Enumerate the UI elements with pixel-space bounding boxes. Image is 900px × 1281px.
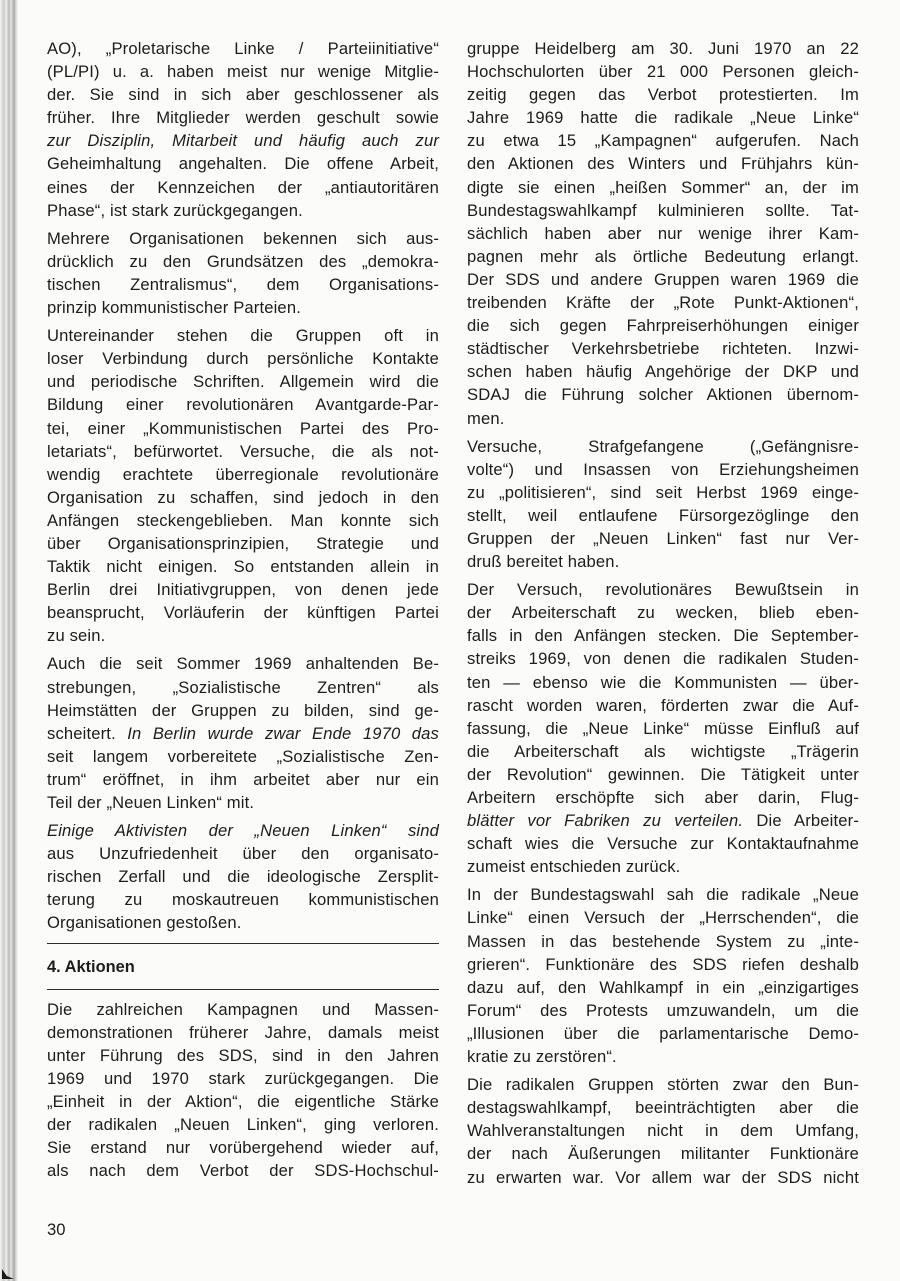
- text-line: Sie erstand nur vorübergehend wieder auf…: [47, 1136, 439, 1159]
- text-line: beansprucht, Vorläuferin der künftigen P…: [47, 601, 439, 624]
- text-line: Gruppen der „Neuen Linken“ fast nur Ver-: [467, 527, 859, 550]
- text-line: rascht worden waren, förderten zwar die …: [467, 694, 859, 717]
- text-line: Massen in das bestehende System zu „inte…: [467, 930, 859, 953]
- text-line: schen haben häufig Angehörige der DKP un…: [467, 360, 859, 383]
- text-line: AO), „Proletarische Linke / Parteiinitia…: [47, 37, 439, 60]
- text-line: zur Disziplin, Mitarbeit und häufig auch…: [47, 129, 439, 152]
- text-line: blätter vor Fabriken zu verteilen. Die A…: [467, 809, 859, 832]
- text-line: eines der Kennzeichen der „antiautoritär…: [47, 176, 439, 199]
- text-line: „Illusionen über die parlamentarische De…: [467, 1022, 859, 1045]
- paragraph-democratic-centralism: Mehrere Organisationen bekennen sich aus…: [47, 227, 439, 319]
- paragraph-prisoners: Versuche, Strafgefangene („Gefängnisre-v…: [467, 435, 859, 574]
- text-line: trum“ eröffnet, in ihm arbeitet aber nur…: [47, 768, 439, 791]
- text-line: Organisation zu schaffen, sind jedoch in…: [47, 486, 439, 509]
- text-line: Die radikalen Gruppen störten zwar den B…: [467, 1073, 859, 1096]
- text-line: druß bereitet haben.: [467, 550, 859, 573]
- text-line: scheitert. In Berlin wurde zwar Ende 197…: [47, 722, 439, 745]
- text-line: Auch die seit Sommer 1969 anhaltenden Be…: [47, 652, 439, 675]
- text-line: Arbeitern erschöpfte sich aber darin, Fl…: [467, 786, 859, 809]
- text-line: Geheimhaltung angehalten. Die offene Arb…: [47, 152, 439, 175]
- text-line: Hochschulorten über 21 000 Personen glei…: [467, 60, 859, 83]
- text-line: Jahre 1969 hatte die radikale „Neue Link…: [467, 106, 859, 129]
- text-line: als nach dem Verbot der SDS-Hochschul-: [47, 1159, 439, 1182]
- text-line: wendig erachtete überregionale revolutio…: [47, 463, 439, 486]
- text-line: loser Verbindung durch persönliche Konta…: [47, 347, 439, 370]
- left-column: AO), „Proletarische Linke / Parteiinitia…: [47, 37, 439, 1187]
- text-line: volte“) und Insassen von Erziehungsheime…: [467, 458, 859, 481]
- paragraph-heidelberg-protest: gruppe Heidelberg am 30. Juni 1970 an 22…: [467, 37, 859, 430]
- text-line: „Einheit in der Aktion“, die eigentliche…: [47, 1090, 439, 1113]
- binding-corner-mark: [2, 1269, 14, 1279]
- text-line: tischen Zentralismus“, dem Organisations…: [47, 273, 439, 296]
- paragraph-activists: Einige Aktivisten der „Neuen Linken“ sin…: [47, 819, 439, 934]
- text-line: der radikalen „Neuen Linken“, ging verlo…: [47, 1113, 439, 1136]
- text-line: und periodische Schriften. Allgemein wir…: [47, 370, 439, 393]
- text-line: streiks 1969, von denen die radikalen St…: [467, 647, 859, 670]
- section-heading: 4. Aktionen: [47, 944, 439, 989]
- text-line: terung zu moskautreuen kommunistischen: [47, 888, 439, 911]
- right-column: gruppe Heidelberg am 30. Juni 1970 an 22…: [467, 37, 859, 1194]
- text-line: Wahlveranstaltungen nicht in dem Umfang,: [467, 1119, 859, 1142]
- text-line: Einige Aktivisten der „Neuen Linken“ sin…: [47, 819, 439, 842]
- text-line: zu etwa 15 „Kampagnen“ aufgerufen. Nach: [467, 129, 859, 152]
- text-line: kratie zu zerstören“.: [467, 1045, 859, 1068]
- text-line: Der SDS und andere Gruppen waren 1969 di…: [467, 268, 859, 291]
- text-line: dazu auf, den Wahlkampf in ein „einzigar…: [467, 976, 859, 999]
- text-line: Phase“, ist stark zurückgegangen.: [47, 199, 439, 222]
- text-line: Versuche, Strafgefangene („Gefängnisre-: [467, 435, 859, 458]
- text-line: unter Führung des SDS, sind in den Jahre…: [47, 1044, 439, 1067]
- text-line: Anfängen steckengeblieben. Man konnte si…: [47, 509, 439, 532]
- paragraph-campaigns: Die zahlreichen Kampagnen und Massen-dem…: [47, 998, 439, 1183]
- text-line: die Arbeiterschaft als wichtigste „Träge…: [467, 740, 859, 763]
- text-line: gruppe Heidelberg am 30. Juni 1970 an 22: [467, 37, 859, 60]
- text-line: früher. Ihre Mitglieder werden geschult …: [47, 106, 439, 129]
- text-line: Heimstätten der Gruppen zu bilden, sind …: [47, 699, 439, 722]
- text-line: demonstrationen früherer Jahre, damals m…: [47, 1021, 439, 1044]
- text-line: den Aktionen des Winters und Frühjahrs k…: [467, 152, 859, 175]
- text-line: schaft wies die Versuche zur Kontaktaufn…: [467, 832, 859, 855]
- text-line: strebungen, „Sozialistische Zentren“ als: [47, 676, 439, 699]
- text-line: städtischer Verkehrsbetriebe richteten. …: [467, 337, 859, 360]
- text-line: der. Sie sind in sich aber geschlossener…: [47, 83, 439, 106]
- text-line: seit langem vorbereitete „Sozialistische…: [47, 745, 439, 768]
- text-line: tei, einer „Kommunistischen Partei des P…: [47, 417, 439, 440]
- page-number: 30: [47, 1220, 65, 1240]
- paragraph-socialist-centers: Auch die seit Sommer 1969 anhaltenden Be…: [47, 652, 439, 814]
- text-line: zeitig gegen das Verbot protestierten. I…: [467, 83, 859, 106]
- text-line: 1969 und 1970 stark zurückgegangen. Die: [47, 1067, 439, 1090]
- text-line: aus Unzufriedenheit über den organisato-: [47, 842, 439, 865]
- paragraph-workers: Der Versuch, revolutionäres Bewußtsein i…: [467, 578, 859, 878]
- text-line: stellt, weil entlaufene Fürsorgezöglinge…: [467, 504, 859, 527]
- text-line: In der Bundestagswahl sah die radikale „…: [467, 883, 859, 906]
- text-line: der Revolution“ gewinnen. Die Tätigkeit …: [467, 763, 859, 786]
- text-line: fassung, die „Neue Linke“ müsse Einfluß …: [467, 717, 859, 740]
- paragraph-federal-election: In der Bundestagswahl sah die radikale „…: [467, 883, 859, 1068]
- text-line: der Arbeiterschaft zu wecken, blieb eben…: [467, 601, 859, 624]
- text-line: ten — ebenso wie die Kommunisten — über-: [467, 671, 859, 694]
- text-line: drücklich zu den Grundsätzen des „demokr…: [47, 250, 439, 273]
- text-line: digte sie einen „heißen Sommer“ an, der …: [467, 176, 859, 199]
- text-line: über Organisationsprinzipien, Strategie …: [47, 532, 439, 555]
- text-line: SDAJ die Führung solcher Aktionen überno…: [467, 383, 859, 406]
- text-line: Linke“ einen Versuch der „Herrschenden“,…: [467, 906, 859, 929]
- text-line: der nach Äußerungen militanter Funktionä…: [467, 1142, 859, 1165]
- paragraph-membership: AO), „Proletarische Linke / Parteiinitia…: [47, 37, 439, 222]
- text-line: Die zahlreichen Kampagnen und Massen-: [47, 998, 439, 1021]
- text-line: Mehrere Organisationen bekennen sich aus…: [47, 227, 439, 250]
- text-line: zumeist entschieden zurück.: [467, 855, 859, 878]
- text-line: zu sein.: [47, 624, 439, 647]
- text-line: destagswahlkampf, beeinträchtigten aber …: [467, 1096, 859, 1119]
- text-line: Der Versuch, revolutionäres Bewußtsein i…: [467, 578, 859, 601]
- text-line: treibenden Kräfte der „Rote Punkt-Aktion…: [467, 291, 859, 314]
- text-line: prinzip kommunistischer Parteien.: [47, 296, 439, 319]
- paragraph-disruption: Die radikalen Gruppen störten zwar den B…: [467, 1073, 859, 1188]
- text-line: Organisationen gestoßen.: [47, 911, 439, 934]
- text-line: Bildung einer revolutionären Avantgarde-…: [47, 393, 439, 416]
- text-line: grieren“. Funktionäre des SDS riefen des…: [467, 953, 859, 976]
- text-line: Bundestagswahlkampf kulminieren sollte. …: [467, 199, 859, 222]
- text-line: Taktik nicht einigen. So entstanden alle…: [47, 555, 439, 578]
- text-line: rischen Zerfall und die ideologische Zer…: [47, 865, 439, 888]
- text-line: Berlin drei Initiativgruppen, von denen …: [47, 578, 439, 601]
- text-line: (PL/PI) u. a. haben meist nur wenige Mit…: [47, 60, 439, 83]
- text-line: Forum“ des Protests umzuwandeln, um die: [467, 999, 859, 1022]
- text-line: Teil der „Neuen Linken“ mit.: [47, 791, 439, 814]
- text-line: die sich gegen Fahrpreiserhöhungen einig…: [467, 314, 859, 337]
- text-line: sächlich haben aber nur wenige ihrer Kam…: [467, 222, 859, 245]
- text-line: zu „politisieren“, sind seit Herbst 1969…: [467, 481, 859, 504]
- heading-rule-bottom: [47, 989, 439, 990]
- book-binding-edge: [0, 0, 18, 1281]
- text-line: Untereinander stehen die Gruppen oft in: [47, 324, 439, 347]
- text-line: zu erwarten war. Vor allem war der SDS n…: [467, 1166, 859, 1189]
- text-line: pagnen mehr als örtliche Bedeutung erlan…: [467, 245, 859, 268]
- section-heading-block: 4. Aktionen: [47, 943, 439, 990]
- text-line: letariats“, befürwortet. Versuche, die a…: [47, 440, 439, 463]
- paragraph-connections: Untereinander stehen die Gruppen oft inl…: [47, 324, 439, 647]
- text-line: falls in den Anfängen stecken. Die Septe…: [467, 624, 859, 647]
- text-line: men.: [467, 407, 859, 430]
